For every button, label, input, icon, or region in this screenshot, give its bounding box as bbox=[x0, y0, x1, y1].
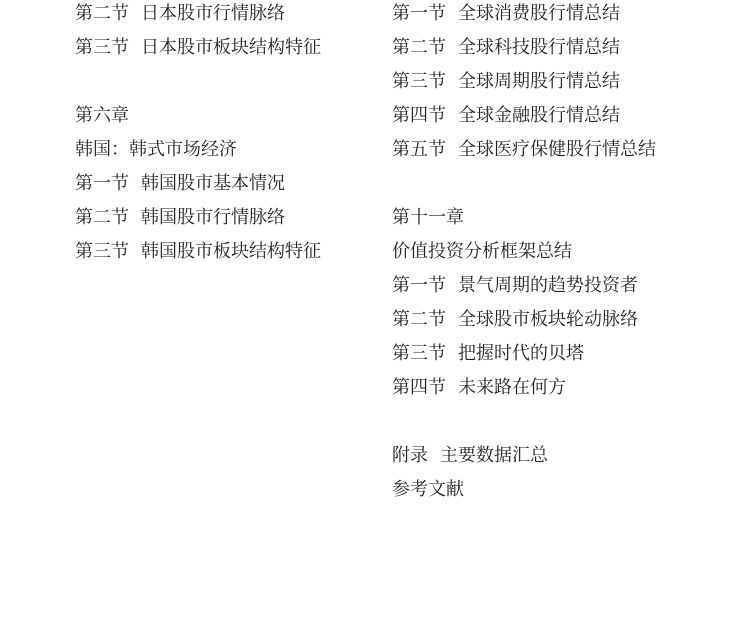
toc-section-label: 第二节 bbox=[75, 200, 129, 234]
toc-line: 第一节韩国股市基本情况 bbox=[75, 166, 321, 200]
toc-line: 第四节未来路在何方 bbox=[392, 370, 656, 404]
toc-section-label: 第一节 bbox=[392, 268, 446, 302]
toc-entry-title: 全球周期股行情总结 bbox=[458, 64, 620, 98]
toc-right-column: 第一节全球消费股行情总结 第二节全球科技股行情总结 第三节全球周期股行情总结 第… bbox=[392, 0, 656, 506]
toc-section-label: 第五节 bbox=[392, 132, 446, 166]
toc-line: 第三节日本股市板块结构特征 bbox=[75, 30, 321, 64]
toc-section-label: 第二节 bbox=[392, 302, 446, 336]
toc-chapter-title: 韩国：韩式市场经济 bbox=[75, 132, 321, 166]
toc-blank-line bbox=[392, 404, 656, 438]
toc-section-label: 第四节 bbox=[392, 98, 446, 132]
toc-page: 第二节日本股市行情脉络 第三节日本股市板块结构特征 第六章 韩国：韩式市场经济 … bbox=[0, 0, 750, 644]
toc-section-label: 第十一章 bbox=[392, 200, 464, 234]
toc-line: 第三节韩国股市板块结构特征 bbox=[75, 234, 321, 268]
toc-chapter-heading: 第六章 bbox=[75, 98, 321, 132]
toc-line: 第三节全球周期股行情总结 bbox=[392, 64, 656, 98]
toc-entry-title: 全球医疗保健股行情总结 bbox=[458, 132, 656, 166]
toc-section-label: 第二节 bbox=[392, 30, 446, 64]
toc-line: 第五节全球医疗保健股行情总结 bbox=[392, 132, 656, 166]
toc-section-label: 第三节 bbox=[392, 336, 446, 370]
toc-section-label: 附录 bbox=[392, 438, 428, 472]
toc-entry-title: 未来路在何方 bbox=[458, 370, 566, 404]
toc-line: 第二节日本股市行情脉络 bbox=[75, 0, 321, 30]
toc-entry-title: 全球科技股行情总结 bbox=[458, 30, 620, 64]
toc-entry-title: 把握时代的贝塔 bbox=[458, 336, 584, 370]
toc-entry-title: 韩国股市板块结构特征 bbox=[141, 234, 321, 268]
toc-blank-line bbox=[75, 64, 321, 98]
toc-section-label: 第六章 bbox=[75, 98, 129, 132]
toc-entry-title: 价值投资分析框架总结 bbox=[392, 234, 572, 268]
toc-chapter-heading: 第十一章 bbox=[392, 200, 656, 234]
toc-references-line: 参考文献 bbox=[392, 472, 656, 506]
toc-line: 第二节全球股市板块轮动脉络 bbox=[392, 302, 656, 336]
toc-line: 第一节全球消费股行情总结 bbox=[392, 0, 656, 30]
toc-entry-title: 参考文献 bbox=[392, 472, 464, 506]
toc-line: 第二节全球科技股行情总结 bbox=[392, 30, 656, 64]
toc-entry-title: 日本股市行情脉络 bbox=[141, 0, 285, 30]
toc-entry-title: 日本股市板块结构特征 bbox=[141, 30, 321, 64]
toc-left-column: 第二节日本股市行情脉络 第三节日本股市板块结构特征 第六章 韩国：韩式市场经济 … bbox=[75, 0, 321, 268]
toc-line: 第三节把握时代的贝塔 bbox=[392, 336, 656, 370]
toc-entry-title: 全球消费股行情总结 bbox=[458, 0, 620, 30]
toc-line: 第一节景气周期的趋势投资者 bbox=[392, 268, 656, 302]
toc-entry-title: 全球金融股行情总结 bbox=[458, 98, 620, 132]
toc-entry-title: 主要数据汇总 bbox=[440, 438, 548, 472]
toc-entry-title: 韩国股市基本情况 bbox=[141, 166, 285, 200]
toc-line: 第四节全球金融股行情总结 bbox=[392, 98, 656, 132]
toc-entry-title: 韩国：韩式市场经济 bbox=[75, 132, 237, 166]
toc-section-label: 第一节 bbox=[75, 166, 129, 200]
toc-entry-title: 韩国股市行情脉络 bbox=[141, 200, 285, 234]
toc-entry-title: 景气周期的趋势投资者 bbox=[458, 268, 638, 302]
toc-section-label: 第二节 bbox=[75, 0, 129, 30]
toc-section-label: 第一节 bbox=[392, 0, 446, 30]
toc-blank-line bbox=[392, 166, 656, 200]
toc-appendix-line: 附录主要数据汇总 bbox=[392, 438, 656, 472]
toc-section-label: 第三节 bbox=[75, 234, 129, 268]
toc-chapter-title: 价值投资分析框架总结 bbox=[392, 234, 656, 268]
toc-section-label: 第三节 bbox=[392, 64, 446, 98]
toc-entry-title: 全球股市板块轮动脉络 bbox=[458, 302, 638, 336]
toc-line: 第二节韩国股市行情脉络 bbox=[75, 200, 321, 234]
toc-section-label: 第三节 bbox=[75, 30, 129, 64]
toc-section-label: 第四节 bbox=[392, 370, 446, 404]
